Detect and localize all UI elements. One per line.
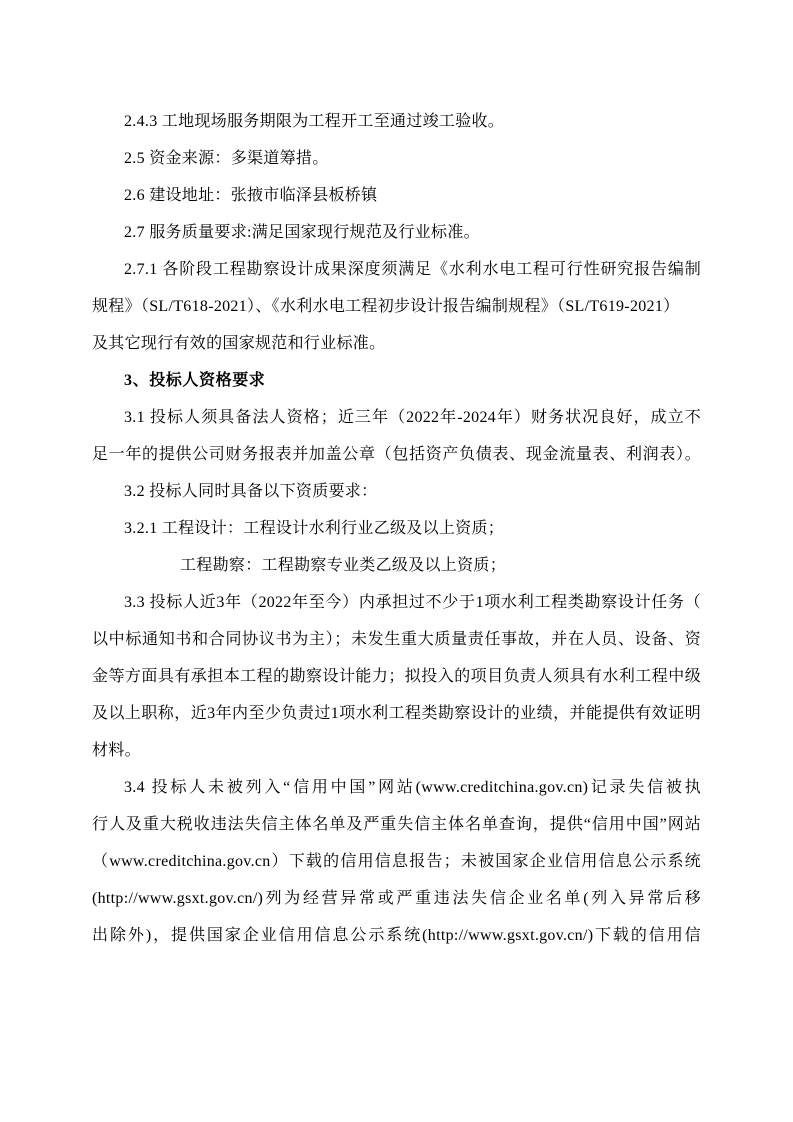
text-line: 规程》（SL/T618-2021）、《水利水电工程初步设计报告编制规程》（SL/… [92,288,701,325]
text-line: 及以上职称，近3年内至少负责过1项水利工程类勘察设计的业绩，并能提供有效证明 [92,695,701,732]
text-line: 2.7.1 各阶段工程勘察设计成果深度须满足《水利水电工程可行性研究报告编制 [92,251,701,288]
text-line: 及其它现行有效的国家规范和行业标准。 [92,325,701,362]
text-line: （www.creditchina.gov.cn）下载的信用信息报告；未被国家企业… [92,843,701,880]
section-heading: 3、投标人资格要求 [92,362,701,399]
text-line: 以中标通知书和合同协议书为主）；未发生重大质量责任事故，并在人员、设备、资 [92,621,701,658]
text-line: 金等方面具有承担本工程的勘察设计能力；拟投入的项目负责人须具有水利工程中级 [92,658,701,695]
text-line: 3.2.1 工程设计：工程设计水利行业乙级及以上资质； [92,510,701,547]
text-line: 2.5 资金来源：多渠道筹措。 [92,140,701,177]
text-line: 2.4.3 工地现场服务期限为工程开工至通过竣工验收。 [92,103,701,140]
text-line: 2.6 建设地址：张掖市临泽县板桥镇 [92,177,701,214]
text-line: 材料。 [92,732,701,769]
text-line: 3.3 投标人近3年（2022年至今）内承担过不少于1项水利工程类勘察设计任务（ [92,584,701,621]
text-line: 足一年的提供公司财务报表并加盖公章（包括资产负债表、现金流量表、利润表）。 [92,436,701,473]
text-line: 出除外)，提供国家企业信用信息公示系统(http://www.gsxt.gov.… [92,917,701,954]
document-body: 2.4.3 工地现场服务期限为工程开工至通过竣工验收。2.5 资金来源：多渠道筹… [92,103,701,954]
text-line: 3.1 投标人须具备法人资格；近三年（2022年-2024年）财务状况良好，成立… [92,399,701,436]
document-page: 2.4.3 工地现场服务期限为工程开工至通过竣工验收。2.5 资金来源：多渠道筹… [0,0,793,1122]
text-line: 2.7 服务质量要求:满足国家现行规范及行业标准。 [92,214,701,251]
text-line: 3.4 投标人未被列入“信用中国”网站(www.creditchina.gov.… [92,769,701,806]
text-line: (http://www.gsxt.gov.cn/)列为经营异常或严重违法失信企业… [92,880,701,917]
text-line: 工程勘察：工程勘察专业类乙级及以上资质； [92,547,701,584]
text-line: 3.2 投标人同时具备以下资质要求： [92,473,701,510]
text-line: 行人及重大税收违法失信主体名单及严重失信主体名单查询，提供“信用中国”网站 [92,806,701,843]
